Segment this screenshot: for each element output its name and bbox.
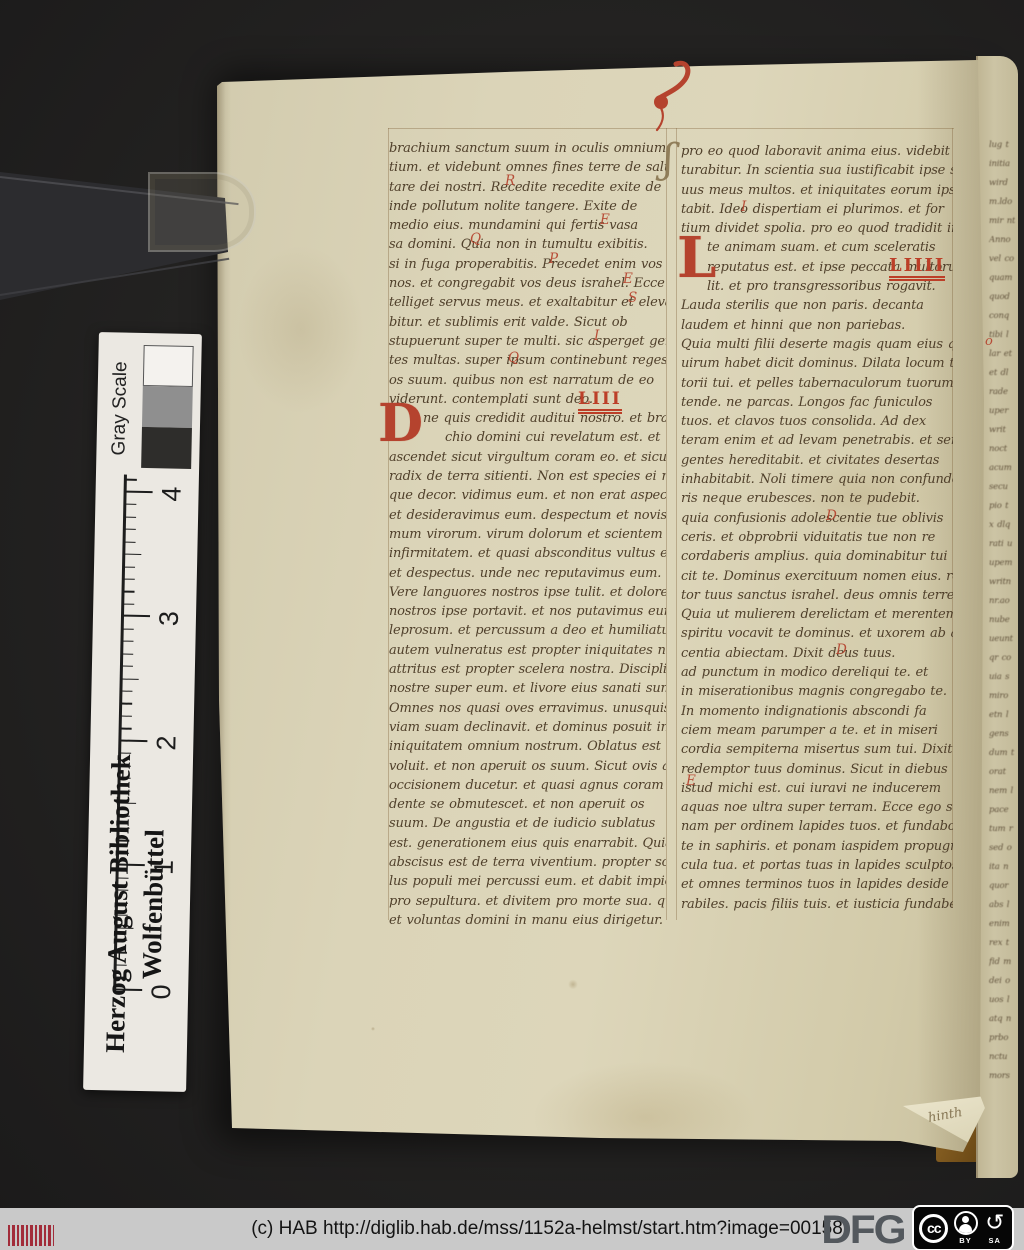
manuscript-line: nam per ordinem lapides tuos. et fundabo (681, 817, 953, 836)
manuscript-line: tium. et videbunt omnes fines terre de s… (389, 158, 666, 177)
footer-bar: (c) HAB http://diglib.hab.de/mss/1152a-h… (0, 1208, 1024, 1250)
text-column-0: brachium sanctum suum in oculis omnium g… (389, 139, 666, 930)
manuscript-line: qr co (989, 649, 1015, 668)
manuscript-line: sa domini. Quia non in tumultu exibitis. (389, 235, 666, 254)
manuscript-line: et dl (989, 364, 1015, 383)
manuscript-line: x dlq (989, 516, 1015, 535)
cc-license-badge: cc BY ↺ SA (912, 1205, 1014, 1250)
ruler-number-4: 4 (156, 486, 187, 502)
ruler-tick (123, 603, 134, 604)
color-calibration-barcode (8, 1225, 54, 1246)
manuscript-line: abs l (989, 896, 1015, 915)
manuscript-line: cordaberis amplius. quia dominabitur tui… (681, 547, 953, 566)
manuscript-line: in miserationibus magnis congregabo te. (681, 682, 953, 701)
manuscript-line: dente se obmutescet. et non aperuit os (389, 795, 666, 814)
manuscript-line: nr.ao (989, 592, 1015, 611)
manuscript-line: laudem et hinni que non pariebas. (681, 316, 953, 335)
manuscript-line: ascendet sicut virgultum coram eo. et si… (389, 448, 666, 467)
cc-by-label: BY (959, 1236, 971, 1245)
dfg-logo: DFG (821, 1208, 904, 1250)
manuscript-line: pro sepultura. et divitem pro morte sua.… (389, 892, 666, 911)
manuscript-line: ne quis credidit auditui nostro. et bra (389, 409, 666, 428)
manuscript-line: upem (989, 554, 1015, 573)
rubric-letter: o (985, 334, 993, 349)
rubric-letter: ʃ (663, 136, 674, 182)
ruler-tick (121, 703, 132, 704)
cc-icon: cc (919, 1214, 948, 1243)
manuscript-line: viderunt. contemplati sunt deo. (389, 390, 666, 409)
manuscript-line: atq n (989, 1010, 1015, 1029)
ruler-tick (124, 579, 135, 580)
manuscript-line: iniquitatem omnium nostrum. Oblatus est … (389, 737, 666, 756)
rubric-letter: Q (470, 231, 481, 247)
manuscript-line: rabiles. pacis filiis tuis. et iusticia … (681, 895, 953, 914)
ruler-tick (126, 479, 137, 480)
chapter-numeral-LIII: LIII (578, 390, 622, 414)
manuscript-line: conq (989, 307, 1015, 326)
rubric-initial-L: L (677, 230, 716, 286)
manuscript-line: uus meus multos. et iniquitates eorum ip… (681, 181, 953, 200)
manuscript-line: rade (989, 383, 1015, 402)
manuscript-line: secu (989, 478, 1015, 497)
manuscript-line: ceris. et obprobrii viduitatis tue non r… (681, 528, 953, 547)
gray-patch-0 (143, 345, 194, 387)
ruler-tick (122, 653, 133, 654)
gray-scale-patches (141, 345, 194, 469)
ruler-tick (126, 490, 153, 493)
manuscript-line: os suum. quibus non est narratum de eo (389, 371, 666, 390)
manuscript-line: m.ldo (989, 193, 1015, 212)
digitized-manuscript-photo: brachium sanctum suum in oculis omnium g… (0, 0, 1024, 1250)
manuscript-line: stupuerunt super te multi. sic asperget … (389, 332, 666, 351)
manuscript-line: centia abiectam. Dixit deus tuus. (681, 644, 953, 663)
manuscript-line: aquas noe ultra super terram. Ecce ego s… (681, 798, 953, 817)
manuscript-line: redemptor tuus dominus. Sicut in diebus … (681, 760, 953, 779)
manuscript-line: lug t (989, 136, 1015, 155)
rubric-letter: I (741, 199, 746, 215)
ruler-tick (122, 641, 133, 642)
rubric-letter: E (686, 773, 696, 789)
manuscript-line: quia confusionis adolescentie tue oblivi… (681, 509, 953, 528)
manuscript-line: writn (989, 573, 1015, 592)
manuscript-line: fid m (989, 953, 1015, 972)
manuscript-line: noct (989, 440, 1015, 459)
manuscript-line: cit te. Dominus exercituum nomen eius. r… (681, 567, 953, 586)
manuscript-line: uos l (989, 991, 1015, 1010)
ruler-tick (124, 591, 135, 592)
manuscript-line: nube (989, 611, 1015, 630)
manuscript-line: acum (989, 459, 1015, 478)
manuscript-line: ris neque erubesces. non te pudebit. (681, 489, 953, 508)
manuscript-line: ad punctum in modico dereliqui te. et (681, 663, 953, 682)
ruler-tick (125, 504, 136, 505)
ruler-tick (123, 615, 150, 618)
gray-patch-2 (141, 427, 192, 469)
gray-patch-1 (142, 386, 193, 428)
manuscript-line: writ (989, 421, 1015, 440)
rubric-letter: S (628, 290, 637, 306)
manuscript-line: initia (989, 155, 1015, 174)
manuscript-line: torii tui. et pelles tabernaculorum tuor… (681, 374, 953, 393)
manuscript-line: que decor. vidimus eum. et non erat aspe… (389, 486, 666, 505)
institution-name: Herzog August Bibliothek Wolfenbüttel (97, 728, 178, 1079)
manuscript-line: est. generationem eius quis enarrabit. Q… (389, 834, 666, 853)
manuscript-line: rati u (989, 535, 1015, 554)
chapter-numeral-LIIII: LIIII (889, 256, 945, 281)
manuscript-line: nostros ipse portavit. et nos putavimus … (389, 602, 666, 621)
cc-sa-group: ↺ SA (983, 1211, 1007, 1245)
manuscript-line: radix de terra sitienti. Non est species… (389, 467, 666, 486)
cc-by-person-icon (954, 1211, 978, 1235)
manuscript-line: autem vulneratus est propter iniquitates… (389, 641, 666, 660)
manuscript-line: nostre super eum. et livore eius sanati … (389, 679, 666, 698)
rubric-letter: D (826, 508, 837, 524)
manuscript-line: occisionem ducetur. et quasi agnus coram… (389, 776, 666, 795)
ruler-tick (125, 516, 136, 517)
manuscript-line: tare dei nostri. Recedite recedite exite… (389, 178, 666, 197)
manuscript-line: gens (989, 725, 1015, 744)
ruling-line-col1-right (666, 128, 667, 920)
ruler-tick (122, 666, 133, 667)
manuscript-line: te in saphiris. et ponam iaspidem propug… (681, 837, 953, 856)
manuscript-line: enim (989, 915, 1015, 934)
manuscript-line: tor tuus sanctus israhel. deus omnis ter… (681, 586, 953, 605)
manuscript-line: turabitur. In scientia sua iustificabit … (681, 161, 953, 180)
manuscript-line: infirmitatem. et quasi absconditus vultu… (389, 544, 666, 563)
manuscript-line: teram enim et ad levam penetrabis. et se… (681, 431, 953, 450)
manuscript-line: tende. ne parcas. Longos fac funiculos (681, 393, 953, 412)
manuscript-line: bitur. et sublimis erit valde. Sicut ob (389, 313, 666, 332)
manuscript-line: In momento indignationis abscondi fa (681, 702, 953, 721)
manuscript-line: tabit. Ideo dispertiam ei plurimos. et f… (681, 200, 953, 219)
ruler-number-3: 3 (154, 611, 185, 627)
manuscript-line: gentes hereditabit. et civitates deserta… (681, 451, 953, 470)
cc-sa-label: SA (989, 1236, 1001, 1245)
manuscript-line: et voluntas domini in manu eius dirigetu… (389, 911, 666, 930)
manuscript-line: tum r (989, 820, 1015, 839)
gray-scale-card: Gray Scale 01234 Herzog August Bibliothe… (83, 332, 202, 1092)
manuscript-line: telliget servus meus. et exaltabitur et … (389, 293, 666, 312)
institution-name-line2: Wolfenbüttel (132, 729, 174, 1080)
manuscript-line: miro (989, 687, 1015, 706)
manuscript-line: istud michi est. cui iuravi ne inducerem (681, 779, 953, 798)
manuscript-line: uirum habet dicit dominus. Dilata locum … (681, 354, 953, 373)
manuscript-line: prbo (989, 1029, 1015, 1048)
cc-sa-arrow-icon: ↺ (983, 1211, 1007, 1235)
manuscript-line: mum virorum. virum dolorum et scientem (389, 525, 666, 544)
manuscript-line: abscisus est de terra viventium. propter… (389, 853, 666, 872)
manuscript-line: Omnes nos quasi oves erravimus. unusquis… (389, 699, 666, 718)
manuscript-line: spiritu vocavit te dominus. et uxorem ab… (681, 624, 953, 643)
manuscript-line: cula tua. et portas tuas in lapides scul… (681, 856, 953, 875)
manuscript-line: uper (989, 402, 1015, 421)
gray-scale-label: Gray Scale (108, 343, 137, 474)
manuscript-line: pro eo quod laboravit anima eius. videbi… (681, 142, 953, 161)
rubric-letter: P (549, 251, 558, 267)
manuscript-line: tium dividet spolia. pro eo quod tradidi… (681, 219, 953, 238)
manuscript-line: suum. De angustia et de iudicio sublatus (389, 814, 666, 833)
manuscript-line: et desideravimus eum. despectum et novis… (389, 506, 666, 525)
manuscript-line: tuos. et clavos tuos consolida. Ad dex (681, 412, 953, 431)
manuscript-line: leprosum. et percussum a deo et humiliat… (389, 621, 666, 640)
rubric-initial-D: D (378, 398, 423, 450)
manuscript-line: sed o (989, 839, 1015, 858)
manuscript-line: lus populi mei percussi eum. et dabit im… (389, 872, 666, 891)
ruler-tick (122, 678, 139, 680)
manuscript-line: ueunt (989, 630, 1015, 649)
manuscript-line: Quia ut mulierem derelictam et merentem (681, 605, 953, 624)
manuscript-line: nem l (989, 782, 1015, 801)
manuscript-line: tes multas. super ipsum continebunt rege… (389, 351, 666, 370)
manuscript-line: pace (989, 801, 1015, 820)
manuscript-line: inde pollutum nolite tangere. Exite de (389, 197, 666, 216)
manuscript-line: ita n (989, 858, 1015, 877)
manuscript-line: quor (989, 877, 1015, 896)
text-column-2: lug tinitiawirdm.ldomir ntAnnovel coquam… (989, 136, 1015, 1086)
rubric-letter: E (623, 271, 633, 287)
manuscript-line: Quia multi filii deserte magis quam eius… (681, 335, 953, 354)
manuscript-line: brachium sanctum suum in oculis omnium g… (389, 139, 666, 158)
rubric-letter: E (600, 212, 610, 228)
manuscript-line: mors (989, 1067, 1015, 1086)
manuscript-line: wird (989, 174, 1015, 193)
ruler-tick (125, 529, 136, 530)
rubric-letter: Q (508, 350, 519, 366)
manuscript-line: medio eius. mundamini qui fertis vasa (389, 216, 666, 235)
cc-by-group: BY (954, 1211, 978, 1245)
rubric-letter: R (505, 173, 515, 189)
manuscript-line: Lauda sterilis que non paris. decanta (681, 296, 953, 315)
manuscript-line: dei o (989, 972, 1015, 991)
manuscript-line: nctu (989, 1048, 1015, 1067)
ruler-tick (125, 541, 136, 542)
ruler-tick (123, 628, 134, 629)
manuscript-line: quod (989, 288, 1015, 307)
manuscript-line: pio t (989, 497, 1015, 516)
manuscript-line: cordia sempiterna misertus sum tui. Dixi… (681, 740, 953, 759)
manuscript-line: uia s (989, 668, 1015, 687)
manuscript-line: et despectus. unde nec reputavimus eum. (389, 564, 666, 583)
ruler-tick (124, 566, 135, 567)
manuscript-line: Vere languores nostros ipse tulit. et do… (389, 583, 666, 602)
manuscript-line: mir nt (989, 212, 1015, 231)
manuscript-line: dum t (989, 744, 1015, 763)
rubric-letter: I (594, 328, 599, 344)
manuscript-line: viam suam declinavit. et dominus posuit … (389, 718, 666, 737)
manuscript-line: vel co (989, 250, 1015, 269)
manuscript-line: chio domini cui revelatum est. et (389, 428, 666, 447)
manuscript-line: quam (989, 269, 1015, 288)
ruler-tick (121, 691, 132, 692)
rubric-letter: D (836, 642, 847, 658)
ruler-tick (124, 554, 141, 556)
manuscript-line: rex t (989, 934, 1015, 953)
manuscript-line: et omnes terminos tuos in lapides deside (681, 875, 953, 894)
manuscript-line: voluit. et non aperuit os suum. Sicut ov… (389, 757, 666, 776)
red-flourish-mark (648, 60, 696, 132)
manuscript-line: Anno (989, 231, 1015, 250)
ruler-tick (121, 715, 132, 716)
clamp-glass-tip (148, 172, 256, 252)
institution-name-line1: Herzog August Bibliothek (97, 728, 139, 1079)
manuscript-line: inhabitabit. Noli timere quia non confun… (681, 470, 953, 489)
manuscript-line: orat (989, 763, 1015, 782)
manuscript-line: attritus est propter scelera nostra. Dis… (389, 660, 666, 679)
manuscript-line: ciem meam parumper a te. et in miseri (681, 721, 953, 740)
manuscript-line: etn l (989, 706, 1015, 725)
